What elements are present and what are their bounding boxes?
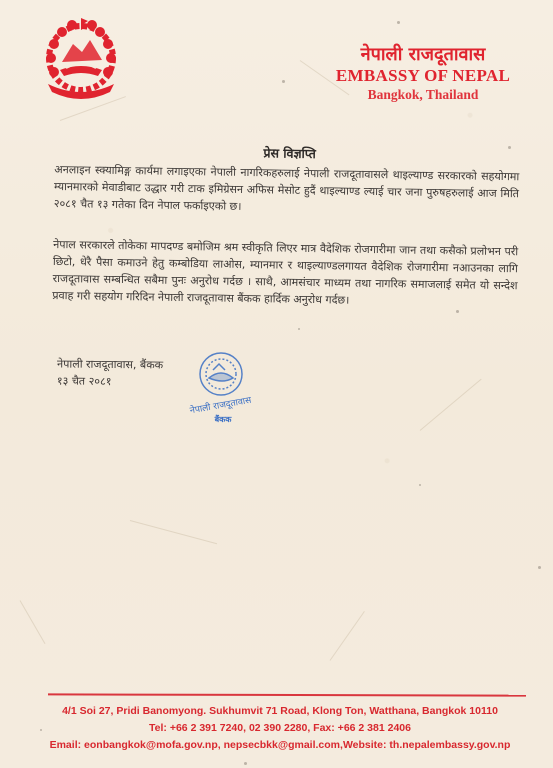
footer-address: 4/1 Soi 27, Pridi Banomyong. Sukhumvit 7… [30,705,530,717]
signature-block: नेपाली राजदूतावास, बैंकक १३ चैत २०८१ [57,355,163,390]
embassy-name-english: EMBASSY OF NEPAL [318,66,528,86]
stamp-city: बैंकक [214,414,233,424]
signature-office: नेपाली राजदूतावास, बैंकक [57,355,163,373]
stamp-text: नेपाली राजदूतावास [189,394,253,417]
nepal-emblem-icon [38,14,124,104]
letterhead-title-block: नेपाली राजदूतावास EMBASSY OF NEPAL Bangk… [318,44,528,104]
paragraph-1: अनलाइन स्क्यामिङ्ग कार्यमा लगाइएका नेपाल… [54,161,520,219]
embassy-location: Bangkok, Thailand [318,86,528,104]
embassy-name-nepali: नेपाली राजदूतावास [318,44,528,66]
footer-phone: Tel: +66 2 391 7240, 02 390 2280, Fax: +… [30,722,530,734]
official-stamp-icon: नेपाली राजदूतावास बैंकक [183,350,263,430]
paragraph-2: नेपाल सरकारले तोकेका मापदण्ड बमोजिम श्रम… [52,236,518,311]
signature-date: १३ चैत २०८१ [57,372,163,390]
footer-contact: Email: eonbangkok@mofa.gov.np, nepsecbkk… [30,739,530,751]
